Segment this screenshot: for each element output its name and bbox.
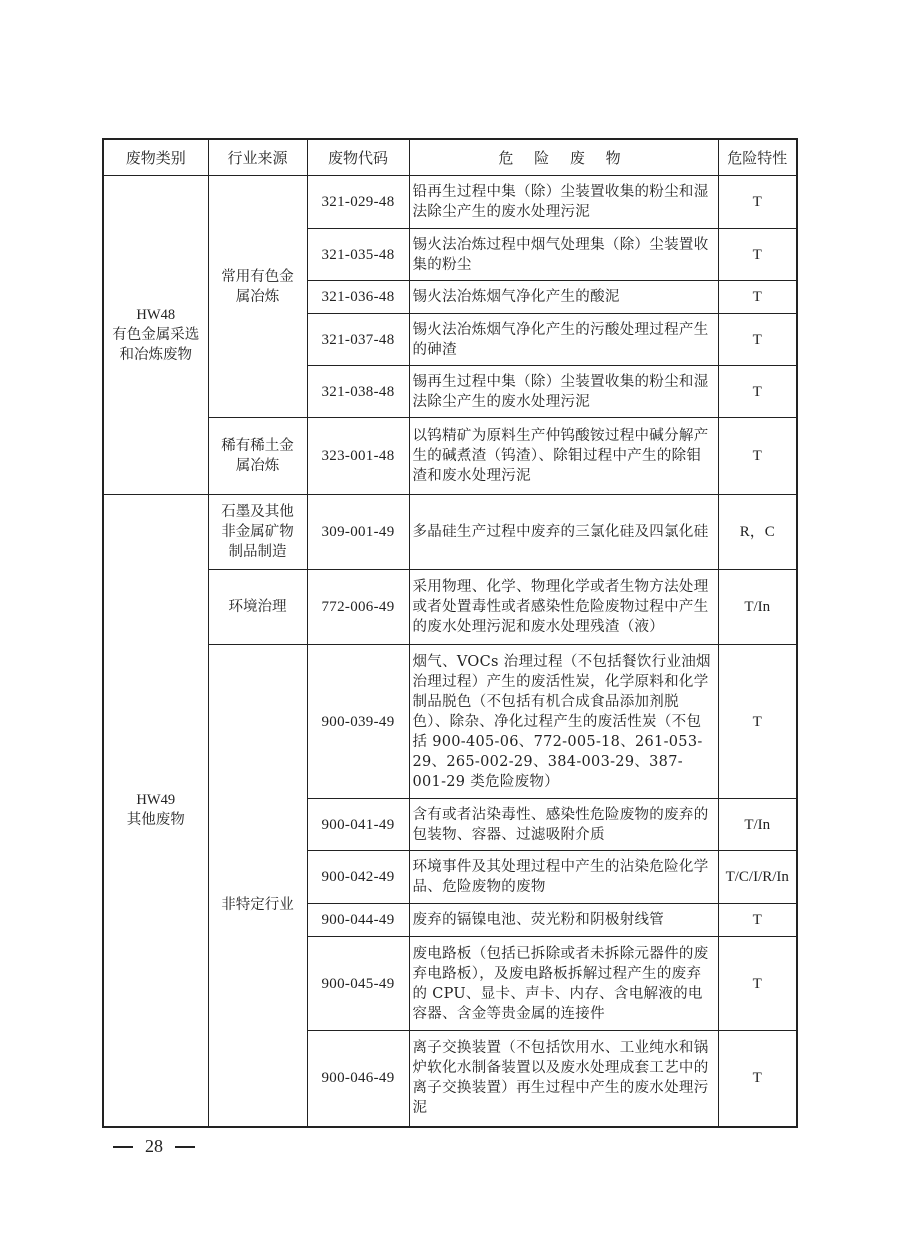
waste-code: 321-036-48 xyxy=(307,281,409,314)
hazard-property: T/In xyxy=(718,799,797,851)
waste-code: 900-041-49 xyxy=(307,799,409,851)
hazard-property: T xyxy=(718,366,797,418)
waste-description: 多晶硅生产过程中废弃的三氯化硅及四氯化硅 xyxy=(409,495,718,570)
waste-code: 772-006-49 xyxy=(307,570,409,645)
table-row: 非特定行业 900-039-49 烟气、VOCs 治理过程（不包括餐饮行业油烟治… xyxy=(103,645,797,799)
table-row: HW48 有色金属采选 和冶炼废物 常用有色金属冶炼 321-029-48 铅再… xyxy=(103,176,797,229)
industry-cell: 稀有稀土金属冶炼 xyxy=(208,418,307,495)
header-industry-source: 行业来源 xyxy=(208,139,307,176)
waste-description: 锡火法冶炼烟气净化产生的酸泥 xyxy=(409,281,718,314)
hazard-property: T xyxy=(718,229,797,281)
category-name-line2: 和冶炼废物 xyxy=(107,345,205,365)
category-cell-hw48: HW48 有色金属采选 和冶炼废物 xyxy=(103,176,208,495)
waste-code: 309-001-49 xyxy=(307,495,409,570)
category-name: 其他废物 xyxy=(107,810,205,830)
hazard-property: T xyxy=(718,937,797,1031)
hazardous-waste-table: 废物类别 行业来源 废物代码 危 险 废 物 危险特性 HW48 有色金属采选 … xyxy=(102,138,798,1128)
hazard-property: T xyxy=(718,904,797,937)
waste-description: 含有或者沾染毒性、感染性危险废物的废弃的包装物、容器、过滤吸附介质 xyxy=(409,799,718,851)
waste-description: 采用物理、化学、物理化学或者生物方法处理或者处置毒性或者感染性危险废物过程中产生… xyxy=(409,570,718,645)
category-code: HW49 xyxy=(107,790,205,810)
waste-description: 离子交换装置（不包括饮用水、工业纯水和锅炉软化水制备装置以及废水处理成套工艺中的… xyxy=(409,1031,718,1127)
hazardous-waste-table-container: 废物类别 行业来源 废物代码 危 险 废 物 危险特性 HW48 有色金属采选 … xyxy=(102,138,796,1128)
waste-description: 废电路板（包括已拆除或者未拆除元器件的废弃电路板），及废电路板拆解过程产生的废弃… xyxy=(409,937,718,1031)
waste-code: 321-035-48 xyxy=(307,229,409,281)
industry-cell: 常用有色金属冶炼 xyxy=(208,176,307,418)
waste-description: 锡火法冶炼烟气净化产生的污酸处理过程产生的砷渣 xyxy=(409,314,718,366)
waste-description: 铅再生过程中集（除）尘装置收集的粉尘和湿法除尘产生的废水处理污泥 xyxy=(409,176,718,229)
category-name-line1: 有色金属采选 xyxy=(107,325,205,345)
waste-code: 900-044-49 xyxy=(307,904,409,937)
industry-cell: 石墨及其他非金属矿物制品制造 xyxy=(208,495,307,570)
hazard-property: T xyxy=(718,281,797,314)
category-code: HW48 xyxy=(107,305,205,325)
hazard-property: T xyxy=(718,176,797,229)
table-row: 环境治理 772-006-49 采用物理、化学、物理化学或者生物方法处理或者处置… xyxy=(103,570,797,645)
dash-right xyxy=(175,1146,195,1148)
waste-description: 锡火法冶炼过程中烟气处理集（除）尘装置收集的粉尘 xyxy=(409,229,718,281)
waste-code: 900-046-49 xyxy=(307,1031,409,1127)
waste-code: 900-042-49 xyxy=(307,851,409,904)
waste-description: 环境事件及其处理过程中产生的沾染危险化学品、危险废物的废物 xyxy=(409,851,718,904)
page-footer: 28 xyxy=(113,1136,195,1157)
table-row: 稀有稀土金属冶炼 323-001-48 以钨精矿为原料生产仲钨酸铵过程中碱分解产… xyxy=(103,418,797,495)
header-hazard-property: 危险特性 xyxy=(718,139,797,176)
waste-description: 烟气、VOCs 治理过程（不包括餐饮行业油烟治理过程）产生的废活性炭，化学原料和… xyxy=(409,645,718,799)
waste-description: 锡再生过程中集（除）尘装置收集的粉尘和湿法除尘产生的废水处理污泥 xyxy=(409,366,718,418)
waste-description: 废弃的镉镍电池、荧光粉和阴极射线管 xyxy=(409,904,718,937)
waste-description: 以钨精矿为原料生产仲钨酸铵过程中碱分解产生的碱煮渣（钨渣）、除钼过程中产生的除钼… xyxy=(409,418,718,495)
waste-code: 321-029-48 xyxy=(307,176,409,229)
page-number: 28 xyxy=(145,1136,163,1157)
waste-code: 900-039-49 xyxy=(307,645,409,799)
industry-cell: 非特定行业 xyxy=(208,645,307,1127)
waste-code: 323-001-48 xyxy=(307,418,409,495)
hazard-property: T xyxy=(718,1031,797,1127)
waste-code: 321-038-48 xyxy=(307,366,409,418)
table-header-row: 废物类别 行业来源 废物代码 危 险 废 物 危险特性 xyxy=(103,139,797,176)
hazard-property: T xyxy=(718,645,797,799)
dash-left xyxy=(113,1146,133,1148)
waste-code: 321-037-48 xyxy=(307,314,409,366)
hazard-property: T/In xyxy=(718,570,797,645)
waste-code: 900-045-49 xyxy=(307,937,409,1031)
hazard-property: R，C xyxy=(718,495,797,570)
hazard-property: T xyxy=(718,418,797,495)
header-waste-code: 废物代码 xyxy=(307,139,409,176)
industry-cell: 环境治理 xyxy=(208,570,307,645)
hazard-property: T/C/I/R/In xyxy=(718,851,797,904)
header-hazardous-waste: 危 险 废 物 xyxy=(409,139,718,176)
header-waste-category: 废物类别 xyxy=(103,139,208,176)
hazard-property: T xyxy=(718,314,797,366)
category-cell-hw49: HW49 其他废物 xyxy=(103,495,208,1127)
table-row: HW49 其他废物 石墨及其他非金属矿物制品制造 309-001-49 多晶硅生… xyxy=(103,495,797,570)
